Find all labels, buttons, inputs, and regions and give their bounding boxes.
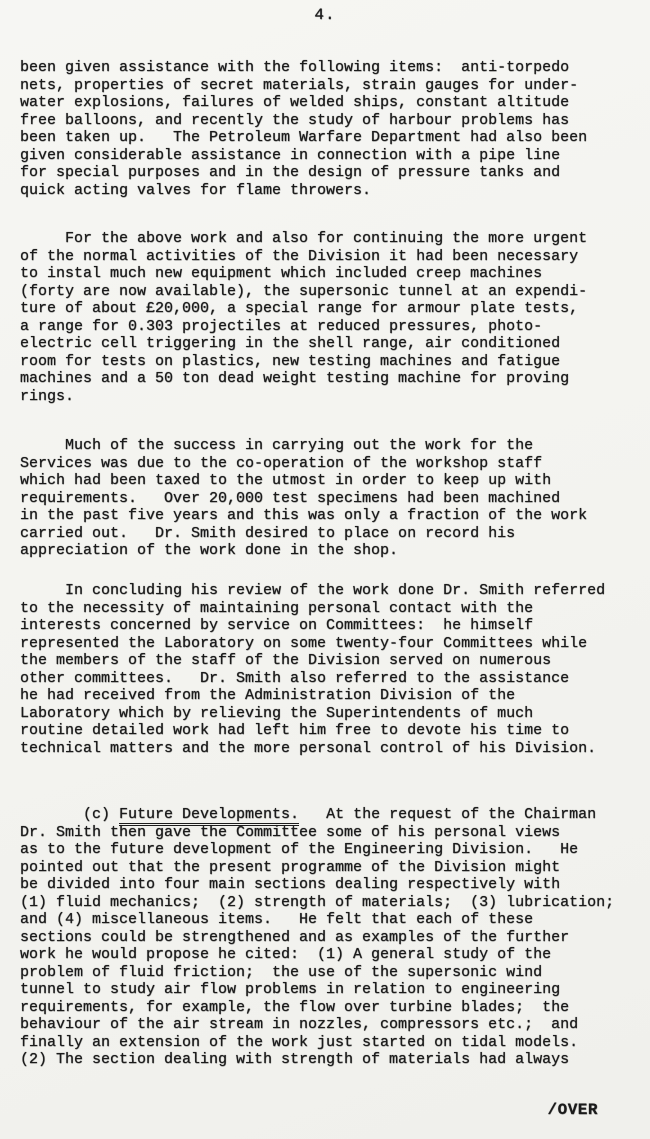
- document-page: 4. been given assistance with the follow…: [0, 0, 650, 1139]
- paragraph-future-developments: (c) Future Developments. At the request …: [20, 806, 640, 1069]
- paragraph-workshop-staff: Much of the success in carrying out the …: [20, 437, 640, 560]
- paragraph-committees: In concluding his review of the work don…: [20, 582, 640, 757]
- page-number: 4.: [0, 6, 650, 24]
- page-footer-over: /OVER: [547, 1101, 598, 1119]
- paragraph-assistance-items: been given assistance with the following…: [20, 59, 640, 199]
- section-body-text: Dr. Smith then gave the Committee some o…: [20, 824, 640, 1069]
- paragraph-new-equipment: For the above work and also for continui…: [20, 230, 640, 405]
- section-heading-continuation: At the request of the Chairman: [299, 806, 596, 823]
- section-label: (c): [20, 806, 119, 823]
